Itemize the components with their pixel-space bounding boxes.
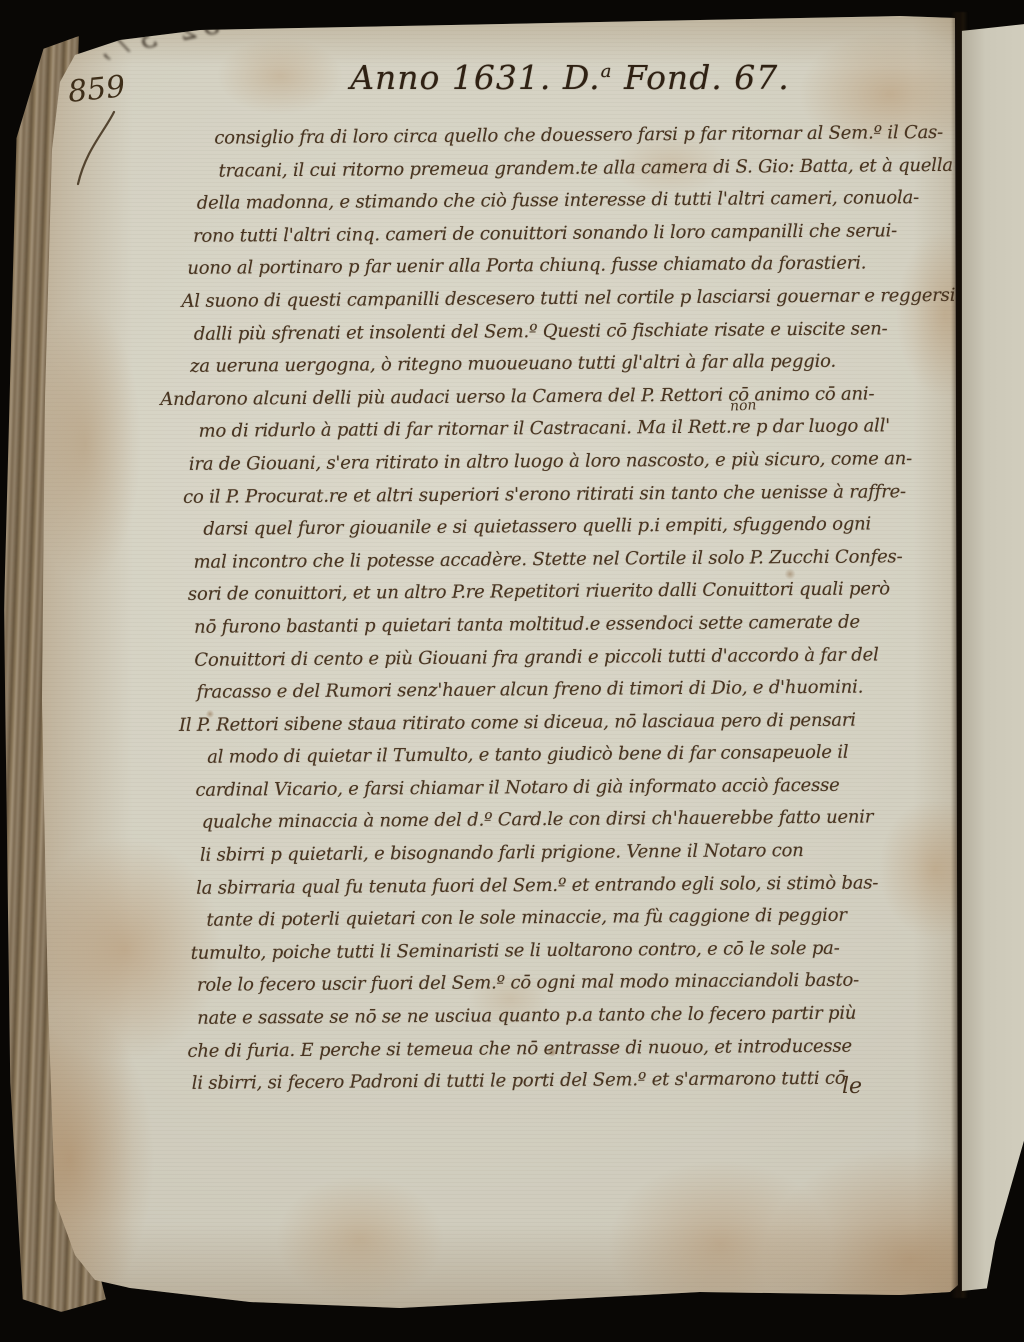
manuscript-line: tante di poterli quietari con le sole mi… xyxy=(206,899,952,937)
manuscript-page: 82 37, 859 Anno 1631. D.a Fond. 67. cons… xyxy=(30,14,960,1314)
catchword: le xyxy=(842,1074,862,1099)
manuscript-line: nō furono bastanti p quietari tanta molt… xyxy=(194,606,950,645)
manuscript-line: ira de Giouani, s'era ritirato in altro … xyxy=(189,443,949,482)
header-fond: Fond. 67. xyxy=(612,58,789,97)
photo-backdrop: 82 37, 859 Anno 1631. D.a Fond. 67. cons… xyxy=(0,0,1024,1342)
facing-page-edge xyxy=(960,0,1024,1342)
manuscript-line: Al suono di questi campanilli descesero … xyxy=(181,280,947,319)
manuscript-line: fracasso e del Rumori senz'hauer alcun f… xyxy=(197,671,951,710)
header-superscript: a xyxy=(601,61,613,82)
manuscript-line: li sbirri, si fecero Padroni di tutti le… xyxy=(192,1062,954,1101)
header-year: Anno 1631. D. xyxy=(350,58,600,97)
manuscript-line: al modo di quietar il Tumulto, e tanto g… xyxy=(207,736,951,774)
page-header: Anno 1631. D.a Fond. 67. xyxy=(30,58,960,97)
manuscript-line: nate e sassate se nō se ne usciua quanto… xyxy=(197,997,953,1036)
manuscript-line: consiglio fra di loro circa quello che d… xyxy=(214,117,946,155)
manuscript-text-block: consiglio fra di loro circa quello che d… xyxy=(146,117,954,1101)
interlinear-insertion: non xyxy=(730,397,757,414)
folio-flourish xyxy=(74,110,124,190)
manuscript-line: qualche minaccia à nome del d.º Card.le … xyxy=(202,801,952,839)
manuscript-line: darsi quel furor giouanile e si quietass… xyxy=(203,508,949,546)
